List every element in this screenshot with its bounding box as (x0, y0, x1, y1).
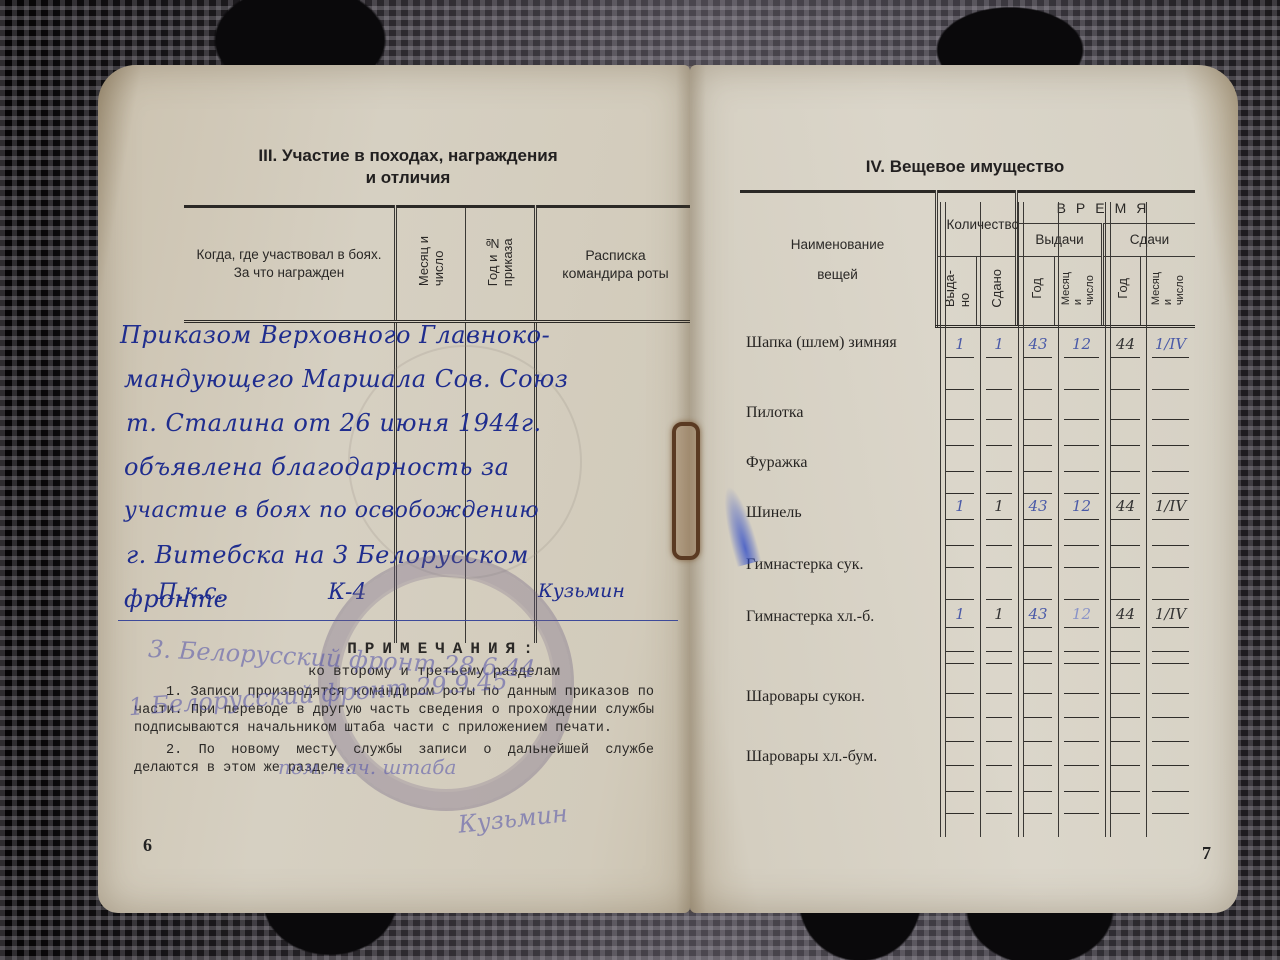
cell-issue-md: 12 (1058, 335, 1105, 353)
header-item-name-label: Наименование вещей (783, 230, 893, 290)
section-title-participation: III. Участие в походах, награждения и от… (198, 145, 618, 189)
header-return-time-label: Сдачи (1130, 232, 1169, 247)
header-commander-signature: Расписка командира роты (536, 207, 695, 322)
item-row: Шапка (шлем) зимняя 1 1 43 12 44 1/IV (740, 327, 1195, 397)
header-issued-label: Выда- но (942, 270, 972, 307)
item-name: Гимнастерка хл.-б. (746, 607, 941, 627)
header-issue-month-day: Месяц и число (1055, 257, 1103, 327)
header-quantity: Количество (937, 192, 1017, 257)
header-time: ВРЕМЯ (1017, 192, 1196, 224)
header-returned-label: Сдано (989, 269, 1004, 308)
header-return-month-day: Месяц и число (1141, 257, 1196, 327)
cell-return-year: 44 (1105, 605, 1146, 623)
cell-issue-year: 43 (1018, 335, 1058, 353)
header-return-year: Год (1103, 257, 1141, 327)
header-return-md-label: Месяц и число (1150, 272, 1186, 305)
page-number-left: 6 (143, 835, 152, 856)
item-cells: 1 1 43 12 44 1/IV (940, 593, 1195, 655)
cell-return-md: 1/IV (1146, 605, 1195, 623)
cell-returned: 1 (980, 497, 1018, 515)
right-page: IV. Вещевое имущество Наименование вещей… (690, 65, 1238, 913)
header-issue-year: Год (1017, 257, 1055, 327)
item-row: Фуражка (740, 449, 1195, 497)
cell-return-md: 1/IV (1146, 497, 1195, 515)
header-commander-label: Расписка командира роты (561, 246, 671, 282)
section-title-line2: и отличия (198, 167, 618, 189)
rusty-staple (672, 422, 700, 560)
item-row: Гимнастерка сук. (740, 547, 1195, 593)
header-issue-year-label: Год (1029, 278, 1044, 299)
cell-issued: 1 (940, 497, 980, 515)
item-cells: 1 1 43 12 44 1/IV (940, 327, 1195, 397)
cell-issue-year: 43 (1018, 497, 1058, 515)
property-items: Шапка (шлем) зимняя 1 1 43 12 44 1/IV Пи… (740, 327, 1195, 833)
cell-issued: 1 (940, 605, 980, 623)
header-issue-time: Выдачи (1017, 224, 1103, 257)
military-booklet-spread: III. Участие в походах, награждения и от… (98, 65, 1238, 913)
stamp-text-line3: пом. нач. штаба (278, 755, 456, 779)
header-issued: Выда- но (937, 257, 977, 327)
item-row: Гимнастерка хл.-б. 1 1 43 12 44 1/IV (740, 593, 1195, 655)
item-name: Шапка (шлем) зимняя (746, 333, 941, 353)
header-returned: Сдано (977, 257, 1017, 327)
header-return-year-label: Год (1115, 278, 1130, 299)
item-cells (940, 449, 1195, 497)
header-return-time: Сдачи (1103, 224, 1196, 257)
header-time-label: ВРЕМЯ (1057, 200, 1157, 216)
section-title-property: IV. Вещевое имущество (820, 157, 1110, 177)
cell-issue-year: 43 (1018, 605, 1058, 623)
left-page: III. Участие в походах, награждения и от… (98, 65, 690, 913)
cell-return-year: 44 (1105, 335, 1146, 353)
item-row: Шаровары хл.-бум. (740, 741, 1195, 833)
handwritten-line: объявлена благодарность за (120, 445, 680, 489)
cell-return-md: 1/IV (1146, 335, 1195, 353)
handwritten-line: т. Сталина от 26 июня 1944г. (120, 401, 680, 445)
item-cells (940, 547, 1195, 593)
section-title-line1: III. Участие в походах, награждения (198, 145, 618, 167)
header-when-where-label: Когда, где участвовал в боях. За что наг… (194, 246, 384, 282)
item-row: Шаровары сукон. (740, 655, 1195, 741)
handwritten-line: Приказом Верховного Главноко- (120, 313, 680, 357)
item-row: Шинель 1 1 43 12 44 1/IV (740, 497, 1195, 547)
item-name: Шаровары сукон. (746, 687, 941, 707)
header-when-where: Когда, где участвовал в боях. За что наг… (184, 207, 396, 322)
header-item-name: Наименование вещей (740, 192, 937, 327)
item-row: Пилотка (740, 397, 1195, 449)
item-cells (940, 741, 1195, 833)
item-name: Фуражка (746, 453, 941, 473)
header-issue-md-label: Месяц и число (1060, 272, 1096, 305)
header-quantity-label: Количество (947, 216, 1007, 234)
item-cells: 1 1 43 12 44 1/IV (940, 497, 1195, 547)
item-cells (940, 655, 1195, 741)
cell-issue-md: 12 (1058, 605, 1105, 623)
property-table-header: Наименование вещей Количество ВРЕМЯ Выда… (740, 190, 1195, 328)
signature-unit-abbrev: П.к.с. (158, 580, 224, 605)
page-number-right: 7 (1202, 843, 1211, 864)
item-name: Шинель (746, 503, 941, 523)
commander-signature: Кузьмин (538, 580, 625, 602)
header-order-label: Год и № приказа (485, 236, 515, 286)
cell-return-year: 44 (1105, 497, 1146, 515)
header-month-day-label: Месяц и число (416, 236, 446, 286)
cell-issued: 1 (940, 335, 980, 353)
item-name: Гимнастерка сук. (746, 555, 941, 575)
handwritten-line: участие в боях по освобождению (120, 489, 680, 533)
header-month-day: Месяц и число (396, 207, 466, 322)
header-issue-time-label: Выдачи (1035, 232, 1083, 247)
header-order-year-number: Год и № приказа (466, 207, 536, 322)
item-name: Пилотка (746, 403, 941, 423)
cell-issue-md: 12 (1058, 497, 1105, 515)
handwritten-line: мандующего Маршала Сов. Союз (120, 357, 680, 401)
item-name: Шаровары хл.-бум. (746, 747, 941, 767)
cell-returned: 1 (980, 605, 1018, 623)
cell-returned: 1 (980, 335, 1018, 353)
item-cells (940, 397, 1195, 449)
